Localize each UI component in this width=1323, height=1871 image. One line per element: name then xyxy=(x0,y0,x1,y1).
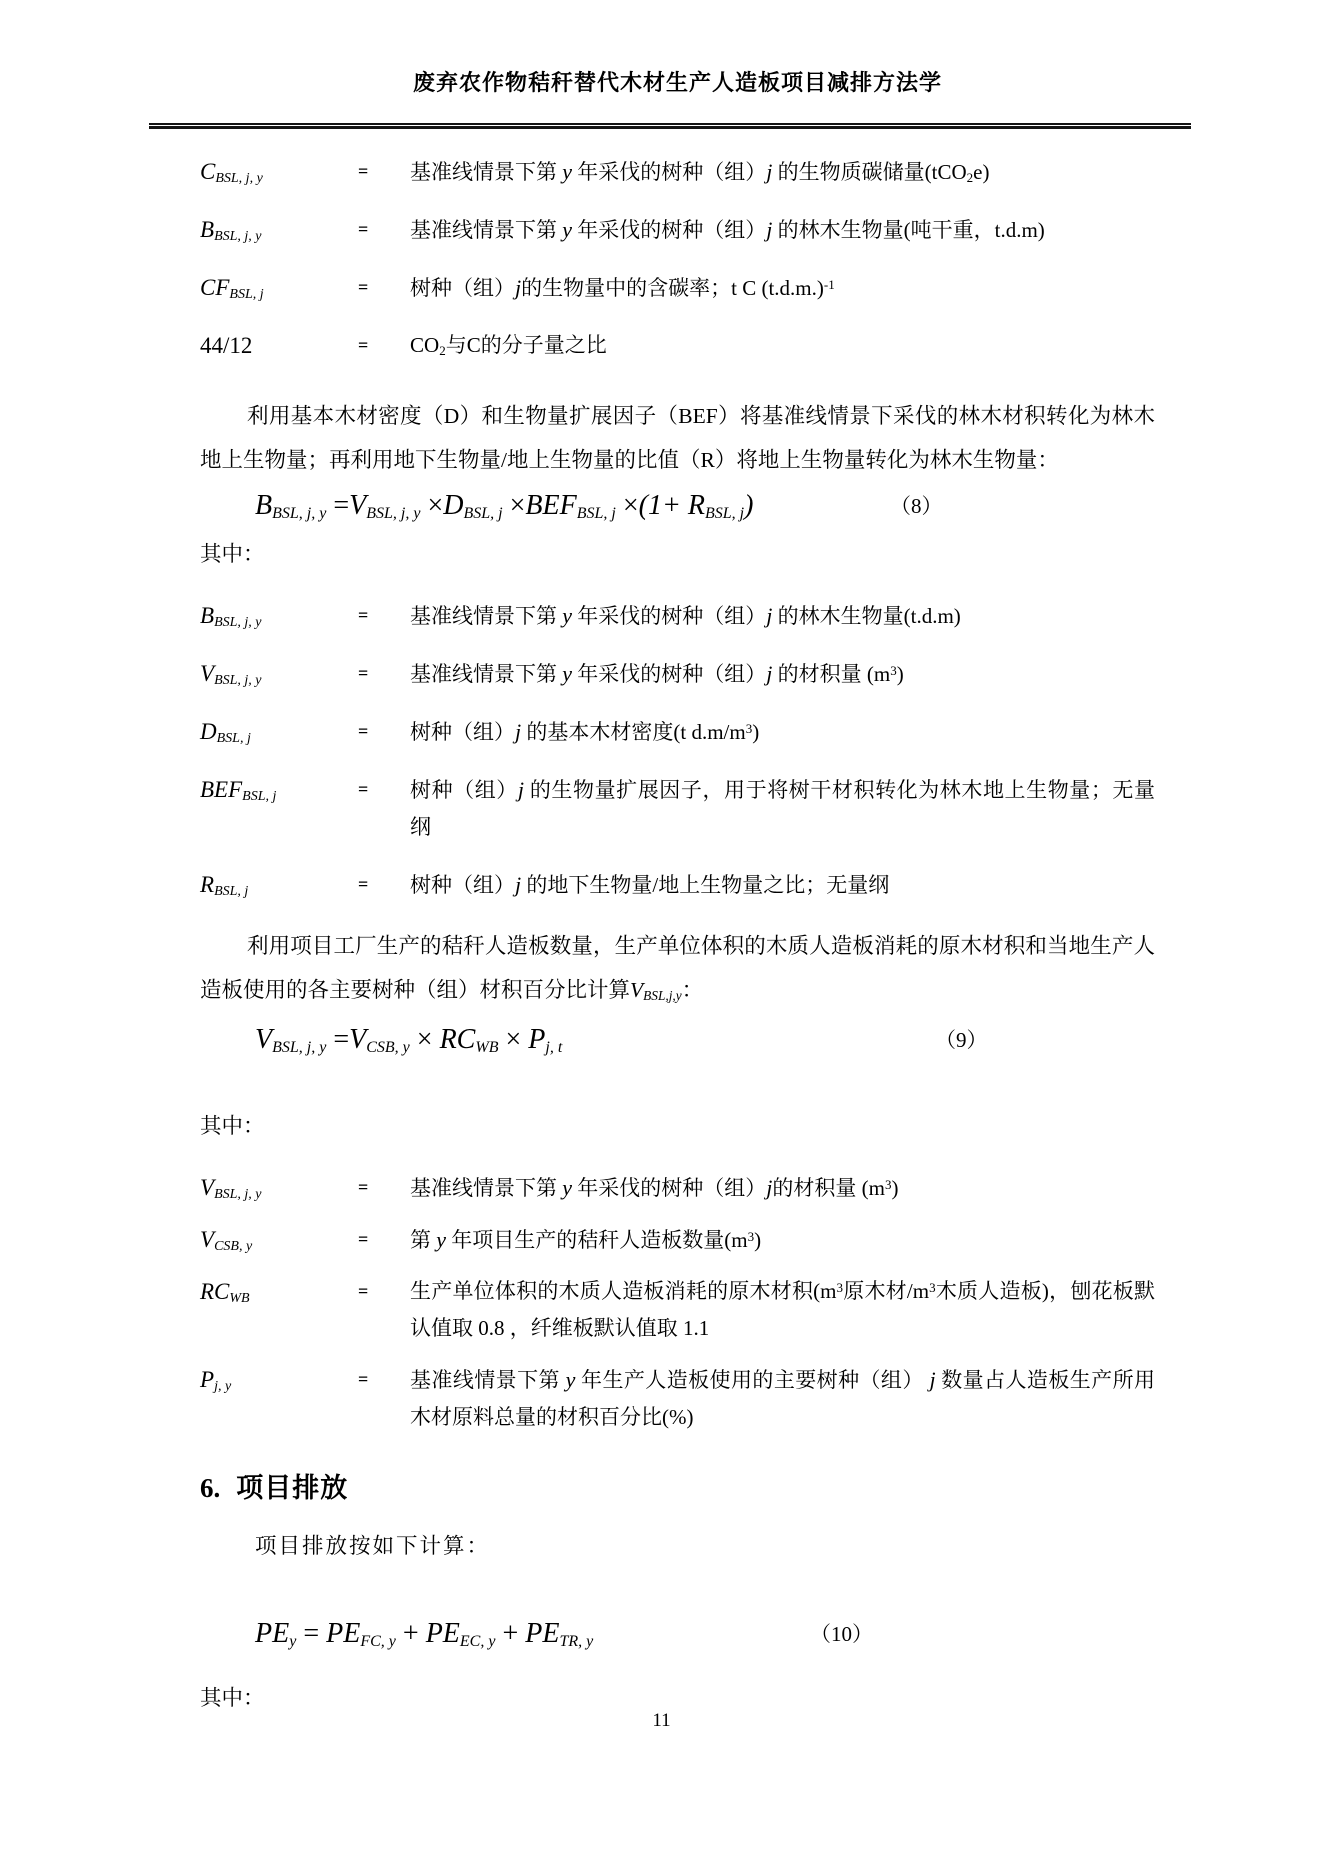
equals-sign: = xyxy=(358,866,410,903)
header-divider-rule xyxy=(149,123,1191,129)
equals-sign: = xyxy=(358,327,410,364)
variable-term: VBSL, j, y xyxy=(200,1169,358,1206)
definition-row: 44/12 = CO2与C的分子量之比 xyxy=(200,327,1155,364)
variable-description: 基准线情景下第 y 年采伐的树种（组）j 的林木生物量(t.d.m) xyxy=(410,597,1155,635)
variable-description: 树种（组）j的生物量中的含碳率；t C (t.d.m.)-1 xyxy=(410,269,1155,307)
variable-description: 基准线情景下第 y 年采伐的树种（组）j 的林木生物量(吨干重，t.d.m) xyxy=(410,211,1155,249)
equals-sign: = xyxy=(358,655,410,692)
equation-number: （8） xyxy=(890,484,943,528)
definition-row: CBSL, j, y = 基准线情景下第 y 年采伐的树种（组）j 的生物质碳储… xyxy=(200,153,1155,191)
document-page: 废弃农作物秸秆替代木材生产人造板项目减排方法学 CBSL, j, y = 基准线… xyxy=(0,0,1323,1871)
definition-row: VBSL, j, y = 基准线情景下第 y 年采伐的树种（组）j 的材积量 (… xyxy=(200,655,1155,693)
section-heading: 6.项目排放 xyxy=(200,1466,1155,1505)
section-number: 6. xyxy=(200,1473,220,1503)
variable-description: 生产单位体积的木质人造板消耗的原木材积(m3原木材/m3木质人造板)，刨花板默认… xyxy=(410,1273,1155,1347)
definition-row: Pj, y = 基准线情景下第 y 年生产人造板使用的主要树种（组） j 数量占… xyxy=(200,1361,1155,1436)
variable-term: RCWB xyxy=(200,1273,358,1310)
definition-row: BBSL, j, y = 基准线情景下第 y 年采伐的树种（组）j 的林木生物量… xyxy=(200,597,1155,635)
page-content: 废弃农作物秸秆替代木材生产人造板项目减排方法学 CBSL, j, y = 基准线… xyxy=(0,0,1323,1717)
where-label: 其中： xyxy=(200,1108,1155,1145)
body-paragraph: 利用项目工厂生产的秸秆人造板数量，生产单位体积的木质人造板消耗的原木材积和当地生… xyxy=(200,924,1155,1012)
variable-term: CFBSL, j xyxy=(200,269,358,306)
variable-term: BBSL, j, y xyxy=(200,597,358,634)
equals-sign: = xyxy=(358,713,410,750)
where-label: 其中： xyxy=(200,536,1155,573)
formula-9: VBSL, j, y =VCSB, y × RCWB × Pj, t （9） xyxy=(200,1018,1155,1062)
definition-row: BEFBSL, j = 树种（组）j 的生物量扩展因子，用于将树干材积转化为林木… xyxy=(200,771,1155,846)
definition-row: RCWB = 生产单位体积的木质人造板消耗的原木材积(m3原木材/m3木质人造板… xyxy=(200,1273,1155,1347)
document-header-title: 废弃农作物秸秆替代木材生产人造板项目减排方法学 xyxy=(200,0,1155,97)
formula-8-expression: BBSL, j, y =VBSL, j, y ×DBSL, j ×BEFBSL,… xyxy=(255,490,753,521)
definition-row: RBSL, j = 树种（组）j 的地下生物量/地上生物量之比；无量纲 xyxy=(200,866,1155,904)
equals-sign: = xyxy=(358,1361,410,1398)
variable-term: RBSL, j xyxy=(200,866,358,903)
definition-row: CFBSL, j = 树种（组）j的生物量中的含碳率；t C (t.d.m.)-… xyxy=(200,269,1155,307)
formula-9-expression: VBSL, j, y =VCSB, y × RCWB × Pj, t xyxy=(255,1024,562,1055)
variable-description: 基准线情景下第 y 年采伐的树种（组）j 的材积量 (m3) xyxy=(410,655,1155,693)
variable-description: 树种（组）j 的生物量扩展因子，用于将树干材积转化为林木地上生物量；无量纲 xyxy=(410,771,1155,846)
section-intro: 项目排放按如下计算： xyxy=(200,1529,1155,1560)
variable-description: 第 y 年项目生产的秸秆人造板数量(m3) xyxy=(410,1221,1155,1259)
variable-description: 树种（组）j 的地下生物量/地上生物量之比；无量纲 xyxy=(410,866,1155,904)
variable-term: VCSB, y xyxy=(200,1221,358,1258)
definition-row: DBSL, j = 树种（组）j 的基本木材密度(t d.m/m3) xyxy=(200,713,1155,751)
formula-10: PEy = PEFC, y + PEEC, y + PETR, y （10） xyxy=(200,1612,1155,1656)
variable-term: 44/12 xyxy=(200,327,358,364)
equals-sign: = xyxy=(358,1221,410,1258)
definition-list-3: VBSL, j, y = 基准线情景下第 y 年采伐的树种（组）j的材积量 (m… xyxy=(200,1169,1155,1436)
definition-list-1: CBSL, j, y = 基准线情景下第 y 年采伐的树种（组）j 的生物质碳储… xyxy=(200,153,1155,364)
formula-8: BBSL, j, y =VBSL, j, y ×DBSL, j ×BEFBSL,… xyxy=(200,484,1155,528)
equals-sign: = xyxy=(358,269,410,306)
equals-sign: = xyxy=(358,153,410,190)
equals-sign: = xyxy=(358,1273,410,1310)
variable-description: CO2与C的分子量之比 xyxy=(410,327,1155,364)
equals-sign: = xyxy=(358,597,410,634)
variable-term: CBSL, j, y xyxy=(200,153,358,190)
definition-row: BBSL, j, y = 基准线情景下第 y 年采伐的树种（组）j 的林木生物量… xyxy=(200,211,1155,249)
definition-list-2: BBSL, j, y = 基准线情景下第 y 年采伐的树种（组）j 的林木生物量… xyxy=(200,597,1155,904)
formula-10-expression: PEy = PEFC, y + PEEC, y + PETR, y xyxy=(255,1618,593,1649)
page-number: 11 xyxy=(0,1710,1323,1732)
equals-sign: = xyxy=(358,211,410,248)
variable-description: 树种（组）j 的基本木材密度(t d.m/m3) xyxy=(410,713,1155,751)
variable-term: DBSL, j xyxy=(200,713,358,750)
variable-term: BEFBSL, j xyxy=(200,771,358,808)
equation-number: （10） xyxy=(810,1612,873,1656)
equation-number: （9） xyxy=(935,1018,988,1062)
section-title: 项目排放 xyxy=(236,1473,348,1503)
variable-description: 基准线情景下第 y 年生产人造板使用的主要树种（组） j 数量占人造板生产所用木… xyxy=(410,1361,1155,1436)
variable-description: 基准线情景下第 y 年采伐的树种（组）j 的生物质碳储量(tCO2e) xyxy=(410,153,1155,191)
equals-sign: = xyxy=(358,1169,410,1206)
variable-description: 基准线情景下第 y 年采伐的树种（组）j的材积量 (m3) xyxy=(410,1169,1155,1207)
equals-sign: = xyxy=(358,771,410,808)
definition-row: VBSL, j, y = 基准线情景下第 y 年采伐的树种（组）j的材积量 (m… xyxy=(200,1169,1155,1207)
variable-term: BBSL, j, y xyxy=(200,211,358,248)
variable-term: VBSL, j, y xyxy=(200,655,358,692)
definition-row: VCSB, y = 第 y 年项目生产的秸秆人造板数量(m3) xyxy=(200,1221,1155,1259)
body-paragraph: 利用基本木材密度（D）和生物量扩展因子（BEF）将基准线情景下采伐的林木材积转化… xyxy=(200,394,1155,482)
variable-term: Pj, y xyxy=(200,1361,358,1398)
